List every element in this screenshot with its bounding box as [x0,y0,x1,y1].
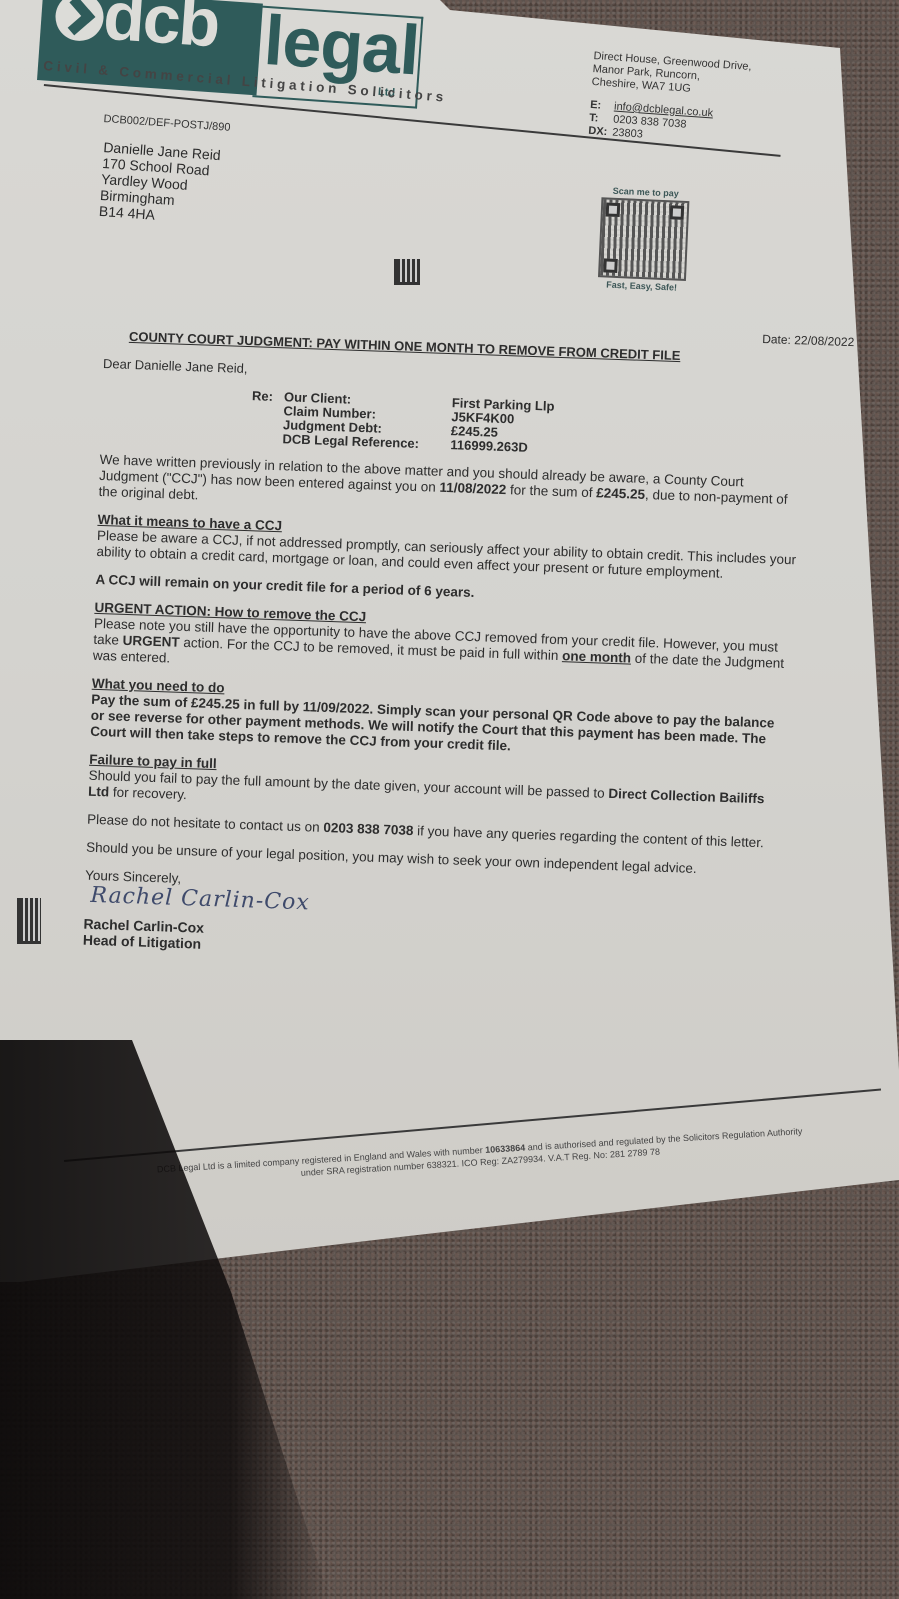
dx-number: 23803 [612,126,643,141]
qr-finder-icon [670,205,685,220]
section-failure: Failure to pay in full Should you fail t… [88,752,789,824]
urgent-emphasis: URGENT [122,633,179,650]
judgment-date: 11/08/2022 [439,480,506,497]
section-what-to-do: What you need to do Pay the sum of £245.… [90,676,792,764]
re-label: Re: [252,389,284,404]
qr-caption-bottom: Fast, Easy, Safe! [591,279,691,293]
section-urgent-action: URGENT ACTION: How to remove the CCJ Ple… [93,600,795,688]
contact-details: E:info@dcblegal.co.uk T:0203 838 7038 DX… [588,99,749,149]
payment-qr: Scan me to pay Fast, Easy, Safe! [591,185,695,293]
judgment-amount: £245.25 [596,485,645,502]
dx-label: DX: [588,125,605,139]
recipient-address: Danielle Jane Reid 170 School Road Yardl… [98,139,221,227]
contact-text: if you have any queries regarding the co… [413,823,764,850]
company-address: Direct House, Greenwood Drive, Manor Par… [588,50,752,149]
email-label: E: [590,99,607,113]
logo-dcb-text: dcb [101,0,221,62]
intro-text: for the sum of [506,482,597,500]
qr-finder-icon [603,258,618,273]
phone-label: T: [589,112,606,126]
qr-finder-icon [606,202,621,217]
contact-text: Please do not hesitate to contact us on [87,812,324,835]
datamatrix-barcode-icon [17,898,41,944]
failure-text: for recovery. [109,784,187,802]
section-ccj-meaning: What it means to have a CCJ Please be aw… [96,512,797,584]
letter-body: Date: 22/08/2022 COUNTY COURT JUDGMENT: … [83,308,805,972]
contact-phone: 0203 838 7038 [323,820,414,838]
re-details: Re: Our Client: First Parking Llp Claim … [250,389,802,464]
intro-paragraph: We have written previously in relation t… [98,452,799,524]
datamatrix-barcode-icon [394,259,420,285]
legal-footer: DCB Legal Ltd is a limited company regis… [80,1121,880,1192]
qr-code-icon[interactable] [598,197,689,281]
one-month-emphasis: one month [562,648,631,665]
